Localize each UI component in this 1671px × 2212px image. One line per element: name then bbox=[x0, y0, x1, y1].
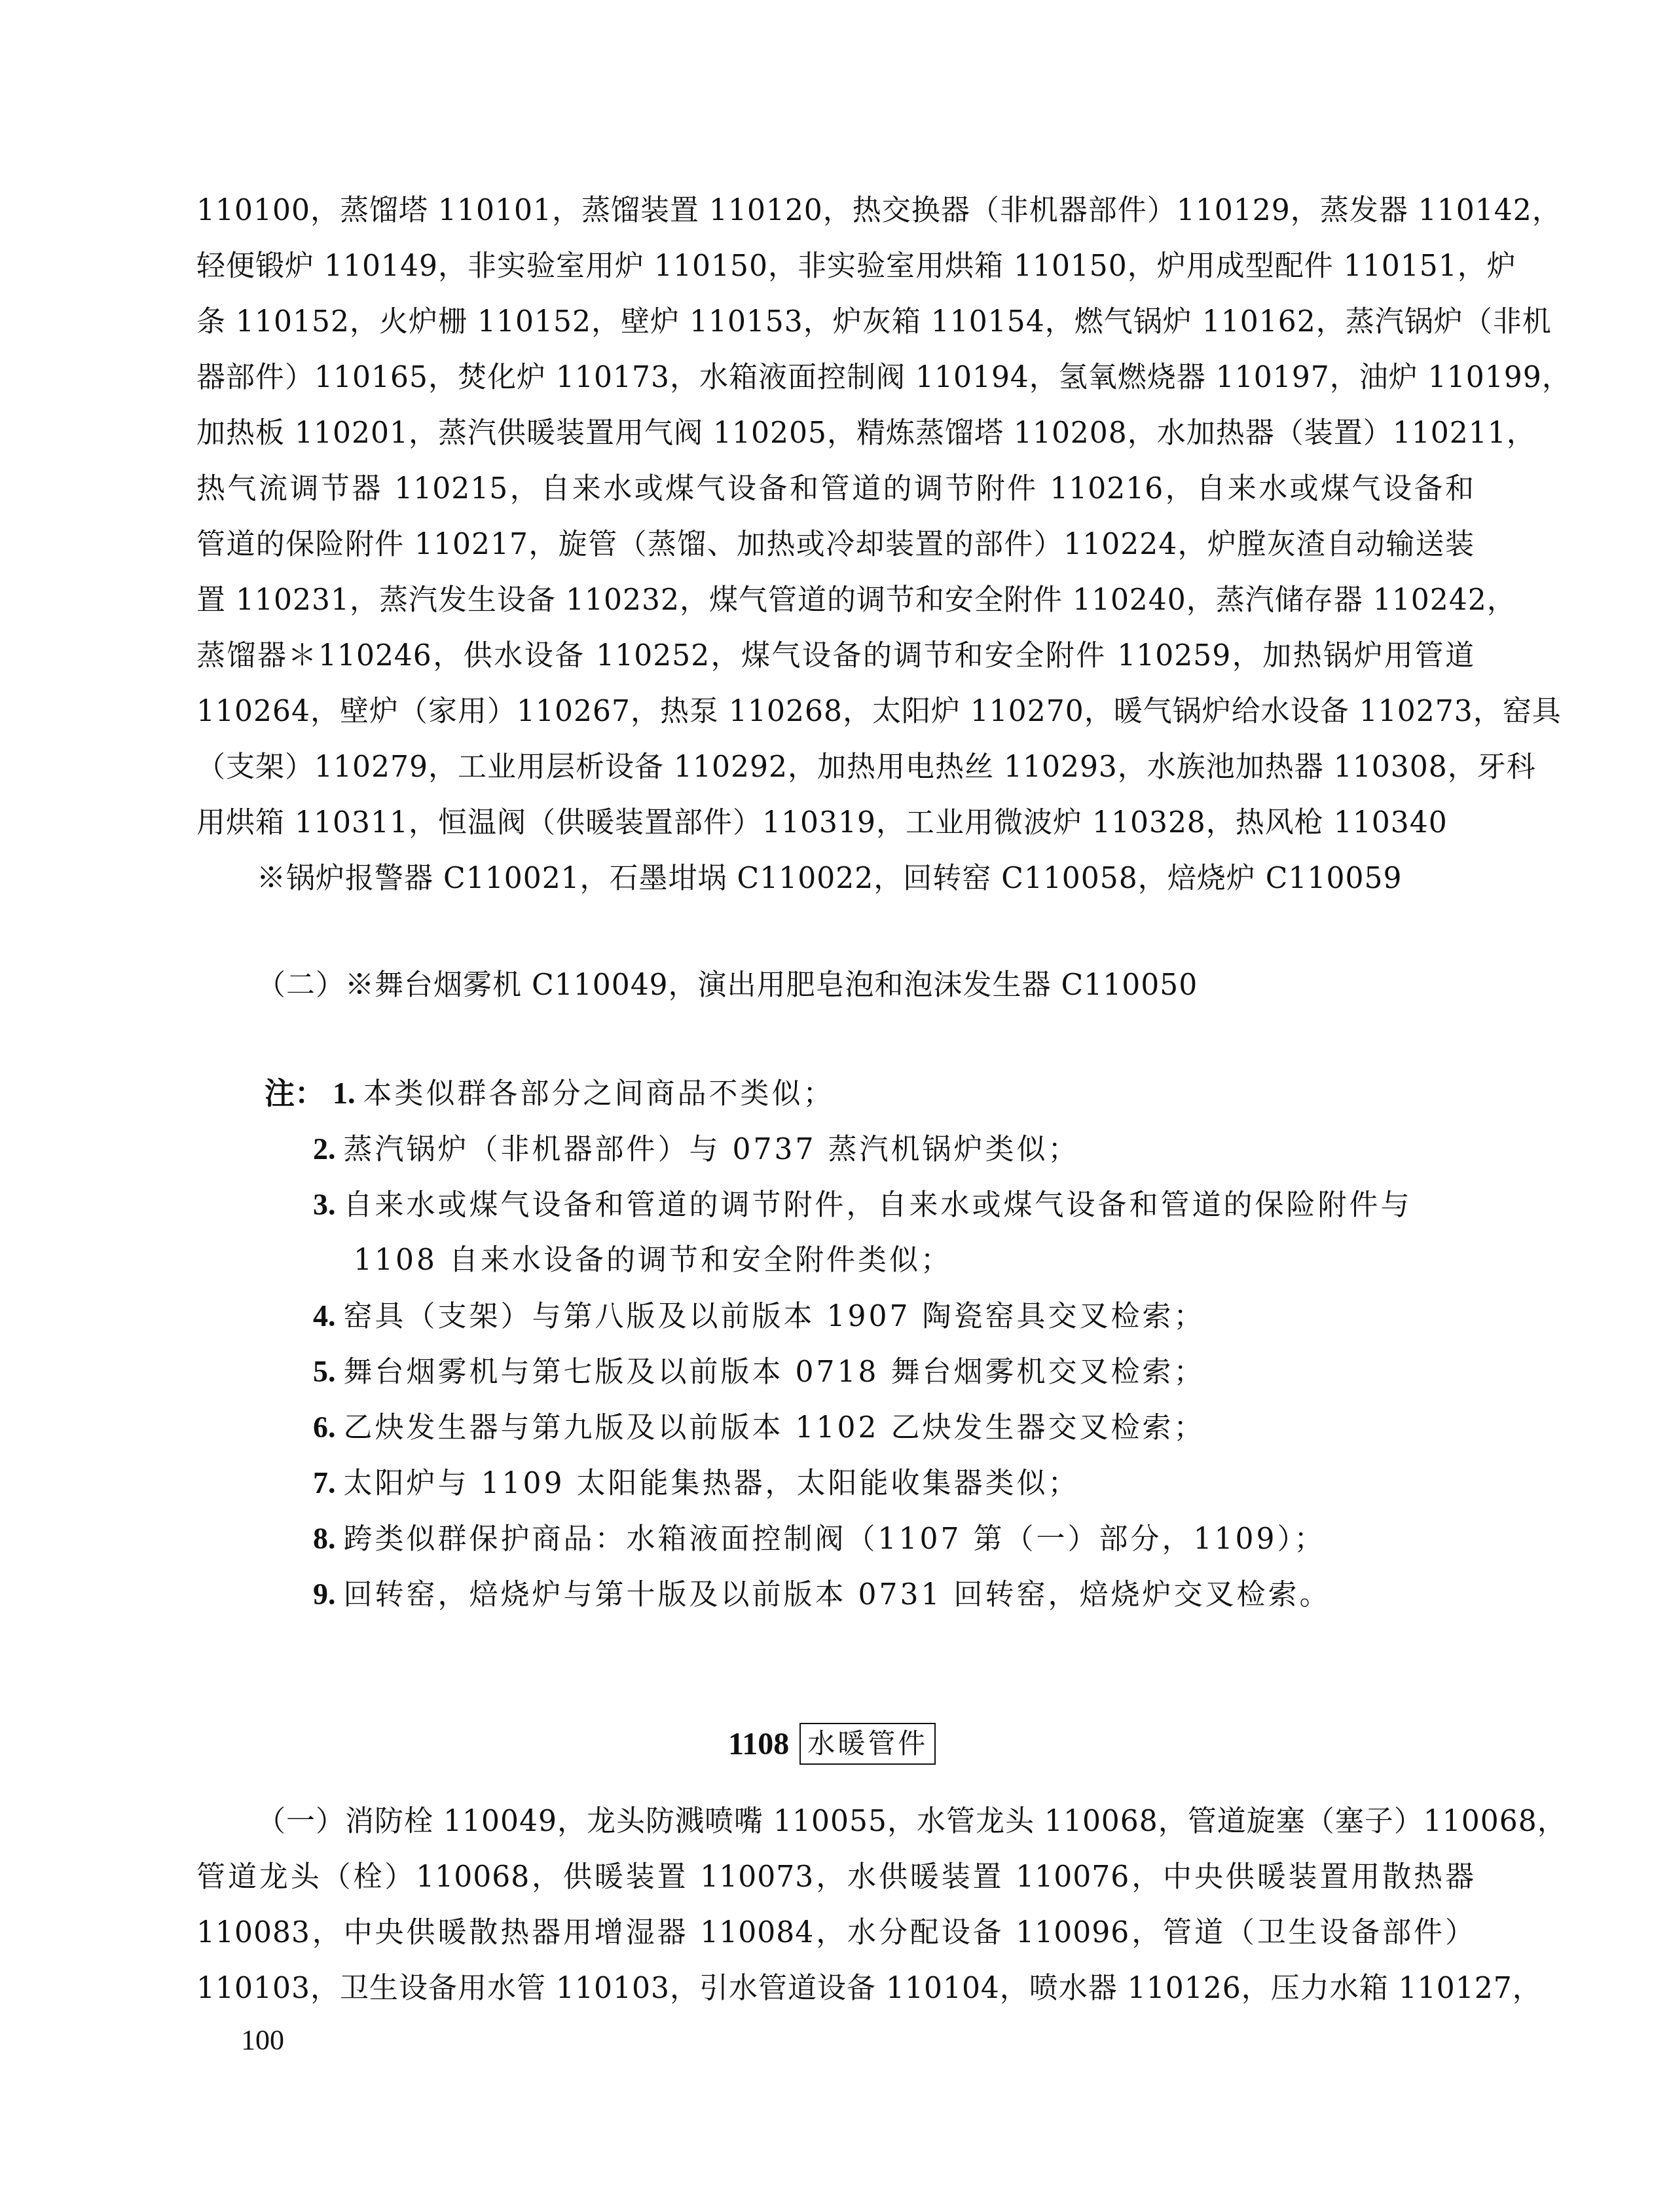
supplement-line: ※锅炉报警器 C110021，石墨坩埚 C110022，回转窑 C110058，… bbox=[257, 859, 1475, 898]
section-heading-1108: 1108 水暖管件 bbox=[728, 1721, 936, 1767]
paragraph-line: 轻便锻炉 110149，非实验室用炉 110150，非实验室用烘箱 110150… bbox=[196, 247, 1475, 286]
paragraph-line: 110103，卫生设备用水管 110103，引水管道设备 110104，喷水器 … bbox=[196, 1969, 1475, 2008]
section-1107-part2: （二）※舞台烟雾机 C110049，演出用肥皂泡和泡沫发生器 C110050 bbox=[257, 966, 1475, 1005]
document-page: 110100，蒸馏塔 110101，蒸馏装置 110120，热交换器（非机器部件… bbox=[0, 0, 1671, 2212]
note-item-6: 6.乙炔发生器与第九版及以前版本 1102 乙炔发生器交叉检索； bbox=[313, 1408, 1205, 1448]
paragraph-line: （一）消防栓 110049，龙头防溅喷嘴 110055，水管龙头 110068，… bbox=[257, 1802, 1475, 1841]
paragraph-line: （支架）110279，工业用层析设备 110292，加热用电热丝 110293，… bbox=[196, 748, 1475, 787]
paragraph-line: 110083，中央供暖散热器用增湿器 110084，水分配设备 110096，管… bbox=[196, 1913, 1475, 1953]
paragraph-line: 110264，壁炉（家用）110267，热泵 110268，太阳炉 110270… bbox=[196, 692, 1475, 731]
note-item-3-continuation: 1108 自来水设备的调节和安全附件类似； bbox=[354, 1241, 952, 1280]
note-item-9: 9.回转窑，焙烧炉与第十版及以前版本 0731 回转窑，焙烧炉交叉检索。 bbox=[313, 1575, 1331, 1615]
paragraph-line: 用烘箱 110311，恒温阀（供暖装置部件）110319，工业用微波炉 1103… bbox=[196, 803, 1475, 843]
page-number: 100 bbox=[241, 2023, 284, 2057]
note-item-7: 7.太阳炉与 1109 太阳能集热器，太阳能收集器类似； bbox=[313, 1464, 1079, 1503]
paragraph-line: 热气流调节器 110215，自来水或煤气设备和管道的调节附件 110216，自来… bbox=[196, 470, 1475, 509]
paragraph-line: 管道的保险附件 110217，旋管（蒸馏、加热或冷却装置的部件）110224，炉… bbox=[196, 525, 1475, 564]
note-item-2: 2.蒸汽锅炉（非机器部件）与 0737 蒸汽机锅炉类似； bbox=[313, 1130, 1079, 1170]
section-code: 1108 bbox=[728, 1726, 789, 1762]
note-item-1: 注：1.本类似群各部分之间商品不类似； bbox=[265, 1074, 835, 1114]
paragraph-line: 置 110231，蒸汽发生设备 110232，煤气管道的调节和安全附件 1102… bbox=[196, 581, 1475, 620]
note-item-3: 3.自来水或煤气设备和管道的调节附件，自来水或煤气设备和管道的保险附件与 bbox=[313, 1185, 1412, 1225]
paragraph-line: 条 110152，火炉栅 110152，壁炉 110153，炉灰箱 110154… bbox=[196, 303, 1475, 342]
notes-label: 注： bbox=[265, 1077, 325, 1110]
section-title-box: 水暖管件 bbox=[799, 1723, 936, 1765]
paragraph-line: 蒸馏器＊110246，供水设备 110252，煤气设备的调节和安全附件 1102… bbox=[196, 636, 1475, 676]
note-item-8: 8.跨类似群保护商品：水箱液面控制阀（1107 第（一）部分，1109）； bbox=[313, 1519, 1325, 1559]
paragraph-line: 110100，蒸馏塔 110101，蒸馏装置 110120，热交换器（非机器部件… bbox=[196, 191, 1475, 230]
paragraph-line: 加热板 110201，蒸汽供暖装置用气阀 110205，精炼蒸馏塔 110208… bbox=[196, 414, 1475, 453]
note-item-5: 5.舞台烟雾机与第七版及以前版本 0718 舞台烟雾机交叉检索； bbox=[313, 1352, 1205, 1392]
note-item-4: 4.窑具（支架）与第八版及以前版本 1907 陶瓷窑具交叉检索； bbox=[313, 1297, 1205, 1336]
paragraph-line: 器部件）110165，焚化炉 110173，水箱液面控制阀 110194，氢氧燃… bbox=[196, 358, 1475, 397]
paragraph-line: 管道龙头（栓）110068，供暖装置 110073，水供暖装置 110076，中… bbox=[196, 1858, 1475, 1897]
